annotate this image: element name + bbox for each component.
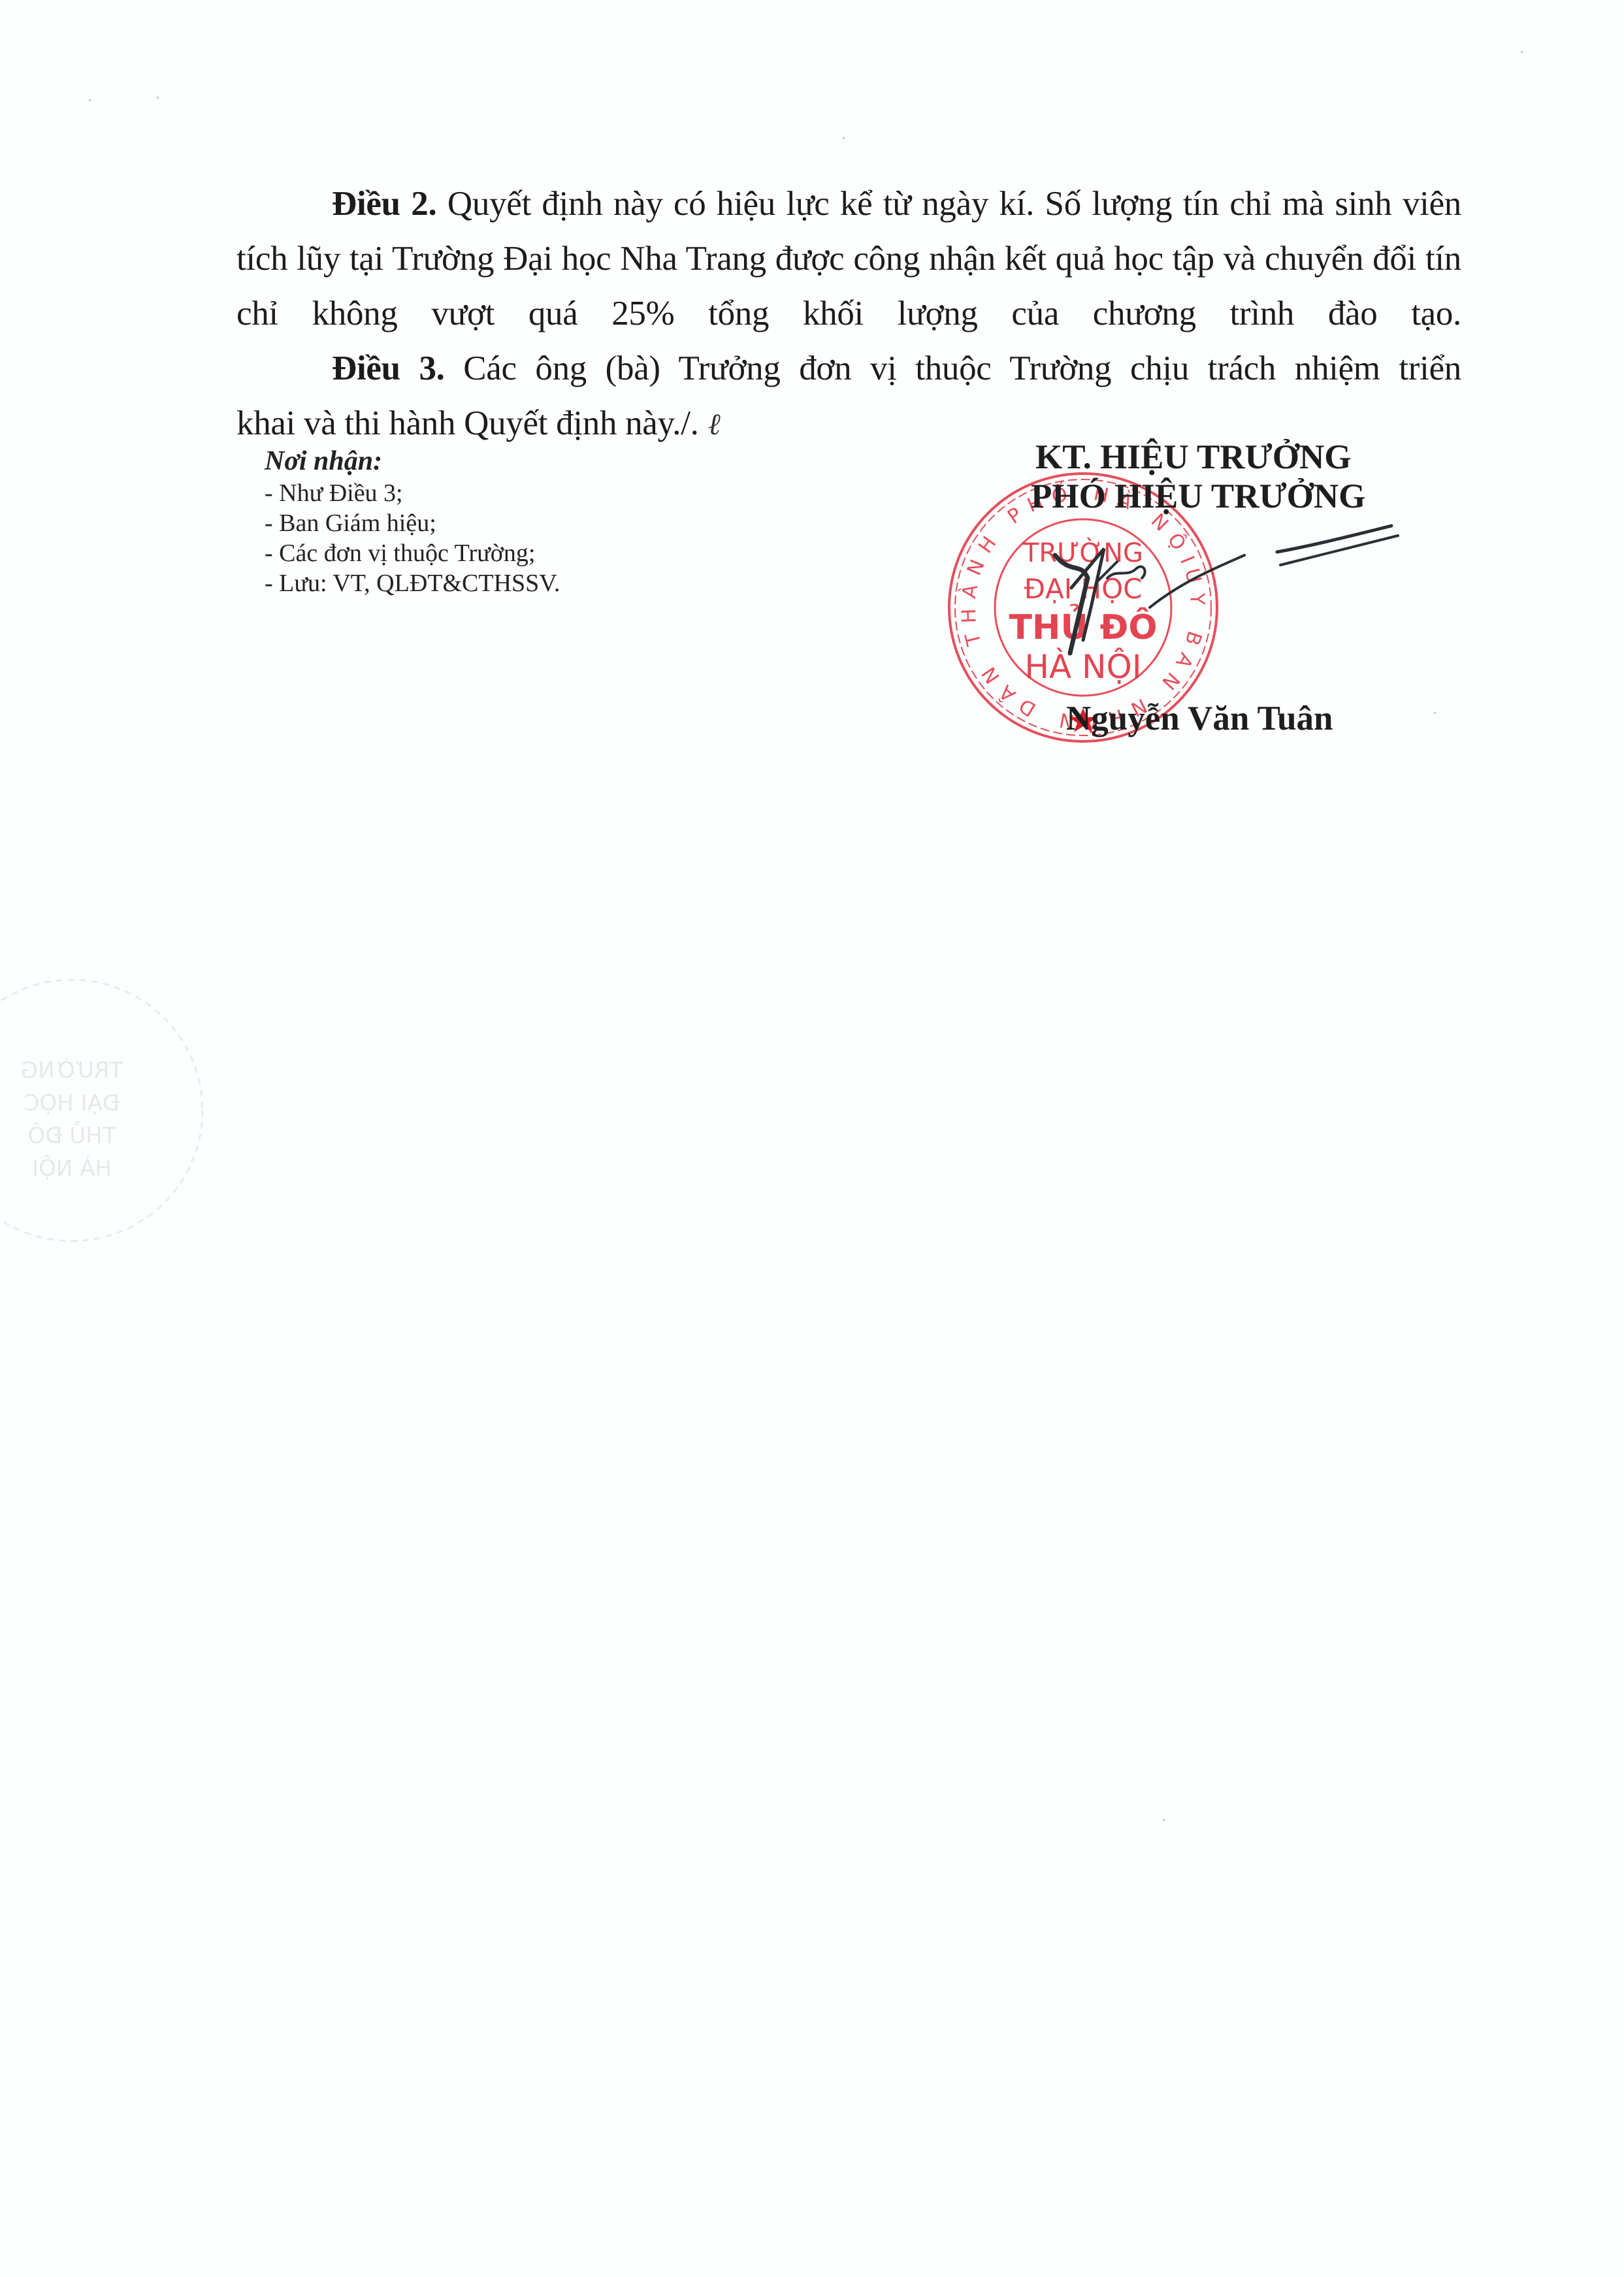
article-3-text-line2: khai và thi hành Quyết định này./. xyxy=(236,404,699,442)
article-2-paragraph: Điều 2. Quyết định này có hiệu lực kể từ… xyxy=(236,176,1461,341)
svg-text:ĐẠI HỌC: ĐẠI HỌC xyxy=(24,1090,120,1116)
document-page: Điều 2. Quyết định này có hiệu lực kể từ… xyxy=(0,0,1624,2277)
article-3-paragraph: Điều 3. Các ông (bà) Trưởng đơn vị thuộc… xyxy=(236,341,1461,396)
recipient-item: - Ban Giám hiệu; xyxy=(265,508,560,538)
recipient-item: - Các đơn vị thuộc Trường; xyxy=(265,538,560,568)
bleed-through-stamp-icon: TRƯỜNG ĐẠI HỌC THỦ ĐÔ HÀ NỘI xyxy=(0,973,209,1248)
article-3-label: Điều 3. xyxy=(332,349,445,387)
article-2-label: Điều 2. xyxy=(332,185,436,223)
svg-text:HÀ NỘI: HÀ NỘI xyxy=(32,1155,112,1182)
article-3-text-line1: Các ông (bà) Trưởng đơn vị thuộc Trường … xyxy=(445,349,1461,387)
svg-text:THỦ ĐÔ: THỦ ĐÔ xyxy=(27,1120,116,1149)
recipients-block: Nơi nhận: - Như Điều 3; - Ban Giám hiệu;… xyxy=(265,444,560,598)
recipient-item: - Lưu: VT, QLĐT&CTHSSV. xyxy=(265,568,560,598)
initial-mark-icon: ℓ xyxy=(708,406,721,442)
signature-block: KT. HIỆU TRƯỞNG PHÓ HIỆU TRƯỞNG Nguyễn V… xyxy=(941,438,1476,751)
svg-text:TRƯỜNG: TRƯỜNG xyxy=(21,1057,123,1084)
recipient-item: - Như Điều 3; xyxy=(265,478,560,508)
signer-name: Nguyễn Văn Tuân xyxy=(1066,699,1333,738)
recipients-title: Nơi nhận: xyxy=(265,444,560,478)
